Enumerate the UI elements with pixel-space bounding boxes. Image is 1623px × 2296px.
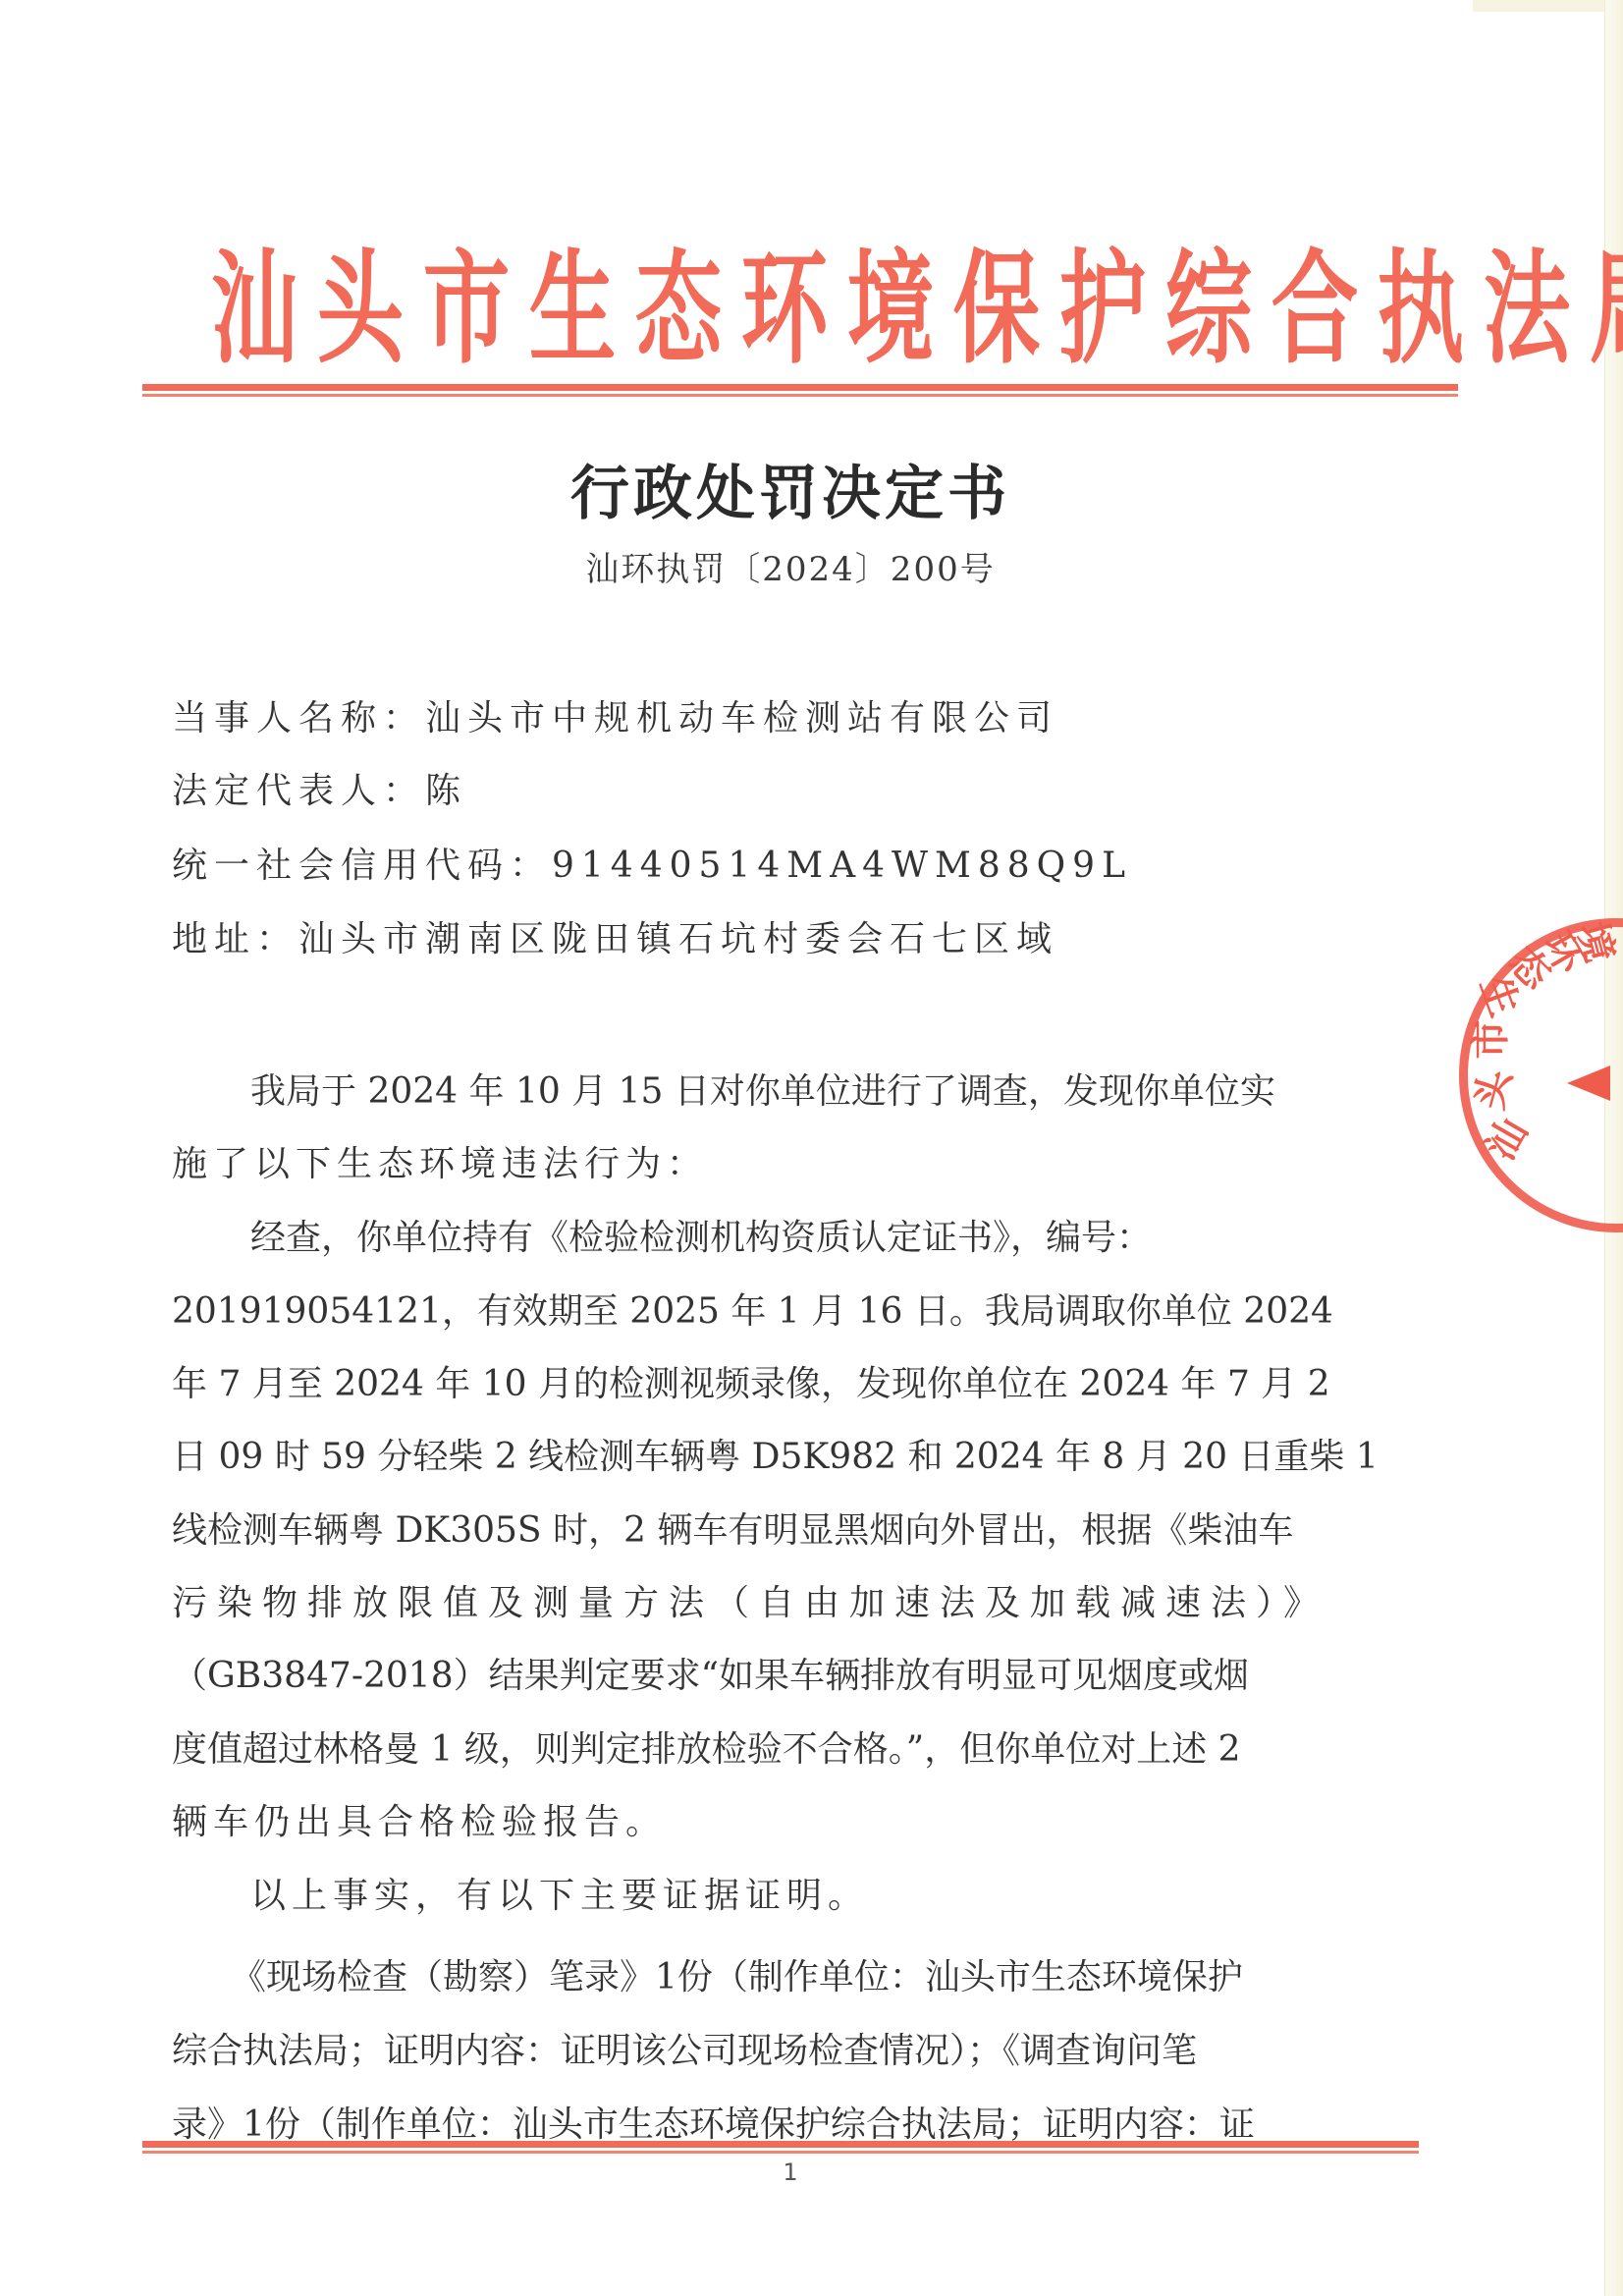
body-line: 日 09 时 59 分轻柴 2 线检测车辆粤 D5K982 和 2024 年 8… xyxy=(172,1429,1409,1479)
letterhead-char: 环 xyxy=(741,231,829,389)
body-line: 施了以下生态环境违法行为： xyxy=(172,1136,1409,1186)
letterhead-divider xyxy=(142,384,1458,398)
letterhead-char: 保 xyxy=(953,231,1041,389)
body-line: 污染物排放限值及测量方法（自由加速法及加载减速法）》 xyxy=(172,1575,1409,1625)
letterhead-agency-name: 汕 头 市 生 态 环 境 保 护 综 合 执 法 局 xyxy=(201,241,1409,378)
letterhead-char: 境 xyxy=(847,231,935,389)
letterhead-char: 护 xyxy=(1059,231,1147,389)
seal-text: 市 xyxy=(1460,1020,1516,1060)
body-line: 度值超过林格曼 1 级，则判定排放检验不合格。”，但你单位对上述 2 xyxy=(172,1722,1409,1772)
scan-edge-top xyxy=(1473,0,1623,12)
body-line: （GB3847-2018）结果判定要求“如果车辆排放有明显可见烟度或烟 xyxy=(172,1648,1409,1698)
body-line: 综合执法局；证明内容：证明该公司现场检查情况）；《调查询问笔 xyxy=(172,2023,1409,2073)
page-number: 1 xyxy=(0,2159,1581,2186)
document-number: 汕环执罚〔2024〕200号 xyxy=(0,542,1581,590)
body-line: 线检测车辆粤 DK305S 时，2 辆车有明显黑烟向外冒出，根据《柴油车 xyxy=(172,1503,1409,1553)
body-line: 以上事实，有以下主要证据证明。 xyxy=(250,1868,1409,1918)
body-line: 经查，你单位持有《检验检测机构资质认定证书》，编号： xyxy=(250,1210,1409,1260)
letterhead-char: 综 xyxy=(1165,231,1253,389)
divider-thick-line xyxy=(142,2141,1419,2148)
letterhead-char: 法 xyxy=(1484,231,1571,389)
letterhead-char: 生 xyxy=(529,231,617,389)
divider-thin-line xyxy=(142,2151,1419,2154)
party-representative: 法定代表人：陈 xyxy=(172,763,467,813)
body-line: 201919054121，有效期至 2025 年 1 月 16 日。我局调取你单… xyxy=(172,1284,1409,1334)
document-title: 行政处罚决定书 xyxy=(0,447,1581,531)
party-name: 当事人名称：汕头市中规机动车检测站有限公司 xyxy=(172,690,1058,740)
party-address: 地址：汕头市潮南区陇田镇石坑村委会石七区域 xyxy=(172,911,1058,961)
divider-thick-line xyxy=(142,384,1458,391)
body-line: 《现场检查（勘察）笔录》1份（制作单位：汕头市生态环境保护 xyxy=(231,1949,1409,1999)
body-line: 年 7 月至 2024 年 10 月的检测视频录像，发现你单位在 2024 年 … xyxy=(172,1356,1409,1406)
body-line: 录》1份（制作单位：汕头市生态环境保护综合执法局；证明内容：证 xyxy=(172,2097,1409,2147)
seal-star-icon xyxy=(1567,1066,1610,1101)
letterhead-char: 态 xyxy=(635,231,723,389)
footer-divider xyxy=(142,2141,1419,2155)
letterhead-char: 市 xyxy=(423,231,511,389)
body-line: 辆车仍出具合格检验报告。 xyxy=(172,1794,1409,1844)
letterhead-char: 汕 xyxy=(211,231,298,389)
party-credit-code: 统一社会信用代码：91440514MA4WM88Q9L xyxy=(172,838,1132,888)
letterhead-char: 局 xyxy=(1590,231,1623,389)
letterhead-char: 头 xyxy=(317,231,405,389)
body-line: 我局于 2024 年 10 月 15 日对你单位进行了调查，发现你单位实 xyxy=(250,1064,1409,1114)
letterhead-char: 合 xyxy=(1271,231,1359,389)
letterhead-char: 执 xyxy=(1378,231,1465,389)
document-page: 汕 头 市 生 态 环 境 保 护 综 合 执 法 局 行政处罚决定书 汕环执罚… xyxy=(0,0,1623,2296)
divider-thin-line xyxy=(142,394,1458,397)
